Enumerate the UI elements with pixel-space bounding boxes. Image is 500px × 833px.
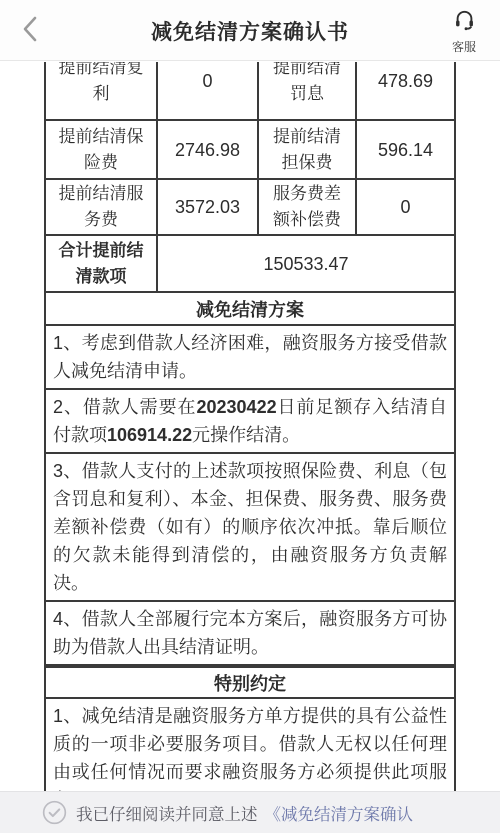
plan-clause-1: 1、考虑到借款人经济困难，融资服务方接受借款人减免结清申请。 (46, 326, 454, 390)
customer-service-label: 客服 (452, 38, 476, 55)
plan-clause-2: 2、借款人需要在20230422日前足额存入结清自付款项106914.22元操作… (46, 390, 454, 454)
clause-2-text: 2、借款人需要在 (53, 397, 197, 417)
total-value: 150533.47 (158, 236, 454, 291)
agree-statement: 我已仔细阅读并同意上述 (76, 801, 258, 825)
clause-2-text: 元操作结清。 (192, 425, 300, 445)
plan-clause-3: 3、借款人支付的上述款项按照保险费、利息（包含罚息和复利）、本金、担保费、服务费… (46, 454, 454, 602)
table-row: 提前结清保险费 2746.98 提前结清担保费 596.14 (46, 121, 454, 180)
table-row: 提前结清复利 0 提前结清罚息 478.69 (46, 62, 454, 121)
settlement-amount: 106914.22 (107, 425, 192, 445)
agree-checkbox[interactable] (42, 800, 67, 825)
chevron-left-icon (22, 16, 37, 47)
fee-label-insurance: 提前结清保险费 (46, 121, 158, 178)
fee-label-compound-interest: 提前结清复利 (46, 62, 158, 119)
fee-value-compound-interest: 0 (158, 62, 259, 119)
fee-value-penalty-interest: 478.69 (357, 62, 454, 119)
app-screen: 减免结清方案确认书 客服 提前结清复利 0 提前结清罚息 478.69 (0, 0, 500, 833)
fee-label-guarantee: 提前结清担保费 (259, 121, 357, 178)
page-title: 减免结清方案确认书 (70, 0, 430, 61)
fee-label-service: 提前结清服务费 (46, 180, 158, 234)
section-title-special-agreement: 特别约定 (46, 666, 454, 699)
app-bar: 减免结清方案确认书 客服 (0, 0, 500, 61)
settlement-deadline-date: 20230422 (197, 397, 277, 417)
section-title-settlement-plan: 减免结清方案 (46, 293, 454, 326)
total-label: 合计提前结清款项 (46, 236, 158, 291)
table-row-total: 合计提前结清款项 150533.47 (46, 236, 454, 293)
customer-service-button[interactable]: 客服 (440, 8, 488, 55)
table-row: 提前结清服务费 3572.03 服务费差额补偿费 0 (46, 180, 454, 236)
agreement-document-link[interactable]: 《减免结清方案确认 (265, 801, 414, 825)
fee-label-service-diff-compensation: 服务费差额补偿费 (259, 180, 357, 234)
fee-value-service: 3572.03 (158, 180, 259, 234)
settlement-fee-table: 提前结清复利 0 提前结清罚息 478.69 提前结清保险费 2746.98 提… (44, 62, 456, 819)
plan-clause-4: 4、借款人全部履行完本方案后，融资服务方可协助为借款人出具结清证明。 (46, 602, 454, 666)
back-button[interactable] (12, 14, 46, 48)
fee-value-insurance: 2746.98 (158, 121, 259, 178)
fee-value-guarantee: 596.14 (357, 121, 454, 178)
agreement-bar: 我已仔细阅读并同意上述 《减免结清方案确认 (0, 791, 500, 833)
document-scroll-area[interactable]: 提前结清复利 0 提前结清罚息 478.69 提前结清保险费 2746.98 提… (0, 62, 500, 833)
fee-label-penalty-interest: 提前结清罚息 (259, 62, 357, 119)
fee-value-service-diff-compensation: 0 (357, 180, 454, 234)
headset-icon (453, 8, 476, 36)
